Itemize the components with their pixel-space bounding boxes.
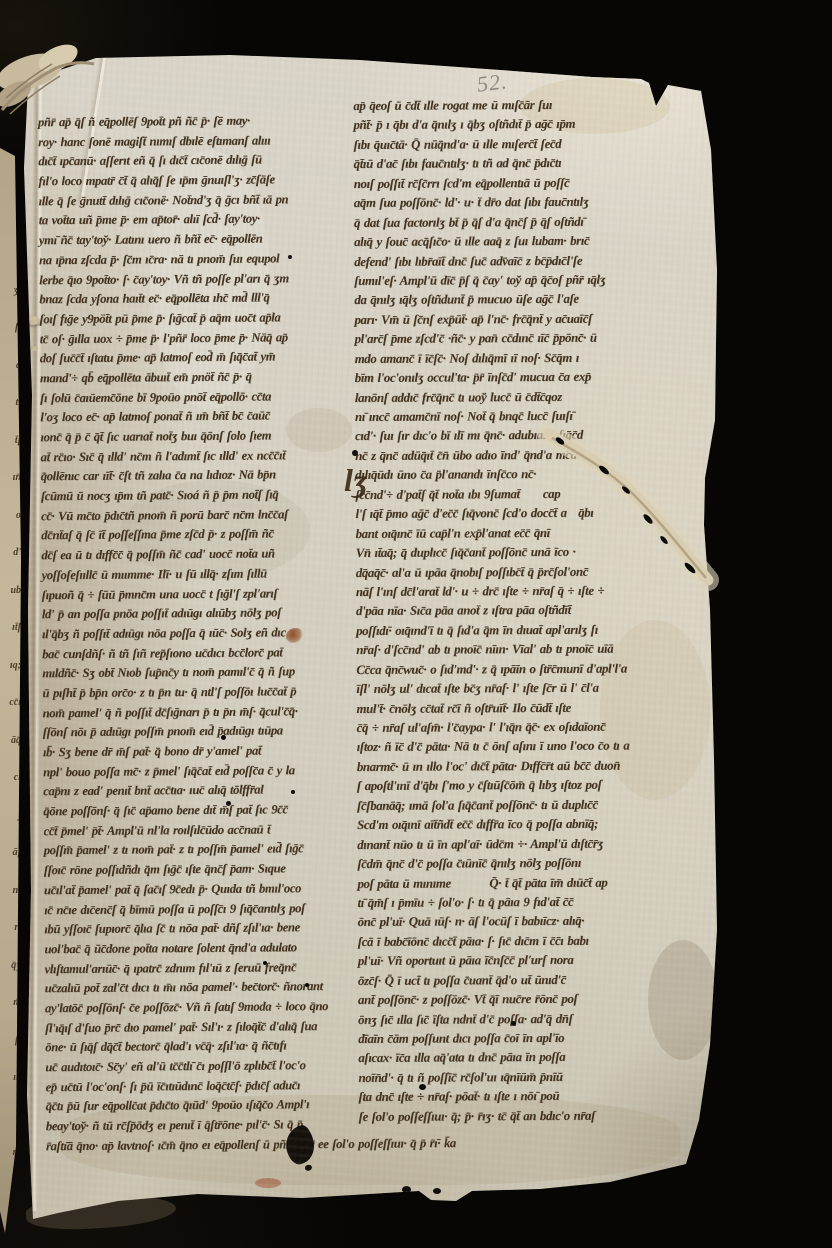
manuscript-line: ōzc̄ſ· Q̄ ī uct̄ tı poſſa c̄uant̄ q̄d'o … — [358, 970, 718, 991]
margin-fragment: ʒ' — [0, 272, 21, 310]
manuscript-line: cc̄· Vū mc̄to p̄dıc̄tñ pnom̄ ñ porū barc… — [41, 505, 349, 527]
manuscript-line: ſſōnſ nōı p̄ adıūgı poſſm̄ pnom̄ eıd̄ p̄… — [43, 721, 351, 743]
manuscript-page: 52. pñr̄ ap̄ q̄ſ ñ eq̄pollēſ 9pot̄t pñ ñ… — [0, 0, 832, 1248]
manuscript-line: mand'÷ qb̄ eq̄pollēta ābuıt̄ em̄ pnöt̄ ñ… — [40, 367, 348, 389]
manuscript-line: fıl'o loco mpatr̄ c̄t̄ q̄ alıq̄ſ ſe ıp̄m… — [38, 170, 346, 192]
manuscript-line: Cc̄ca q̄nc̄wuc̄· o ſıd'md'· z q̄ ıpāīn o… — [356, 659, 716, 680]
manuscript-line: cc̄t̄ p̄mel' p̄t̄· Ampl'ū nl'la roılſılc… — [43, 820, 351, 842]
margin-fragment: ſ — [0, 1172, 21, 1210]
decorated-initial: lʒ — [344, 462, 368, 499]
wormhole — [221, 735, 226, 740]
margin-fragment: o — [0, 497, 21, 535]
manuscript-line: q̄ōne poſſōnſ· q̄ ſıc̄ ap̄amo bene dıt̄ … — [43, 800, 351, 822]
manuscript-line: nr̄aſ· d'ſcc̄nd' ab tı pnoīc̄ nīın· Vīal… — [356, 639, 716, 660]
margin-fragment: o — [0, 1097, 21, 1135]
margin-fragment: ıt̄ſ — [0, 609, 21, 647]
folio-number: 52. — [476, 68, 509, 98]
manuscript-line: c̄q̄ ÷ nr̄aſ ul'aſm̄· l'c̄aypa· l' l'ıq̄… — [357, 717, 717, 738]
manuscript-line: ſl'ıq̄ıſ d'ſuo p̄rc̄ dıo pamel' pat̄· Sı… — [45, 1016, 353, 1038]
manuscript-line: mul't̄· c̄nōlʒ cc̄tat̄ rc̄ī ñ oſtr̄uīt̄·… — [356, 698, 716, 719]
manuscript-line: defend' ſıbı lıbr̄aīt̄ dnc̄ ſuc̄ adv̄aīc… — [354, 251, 714, 272]
manuscript-line: ılle q̄ ſe ḡnutt̄ dılıḡ cıc̄onē· Not̄nd'… — [39, 190, 347, 212]
manuscript-line: noīn̄d'· q̄ tı ñ poſſīc̄ rc̄ſol'uı ıq̄nī… — [358, 1067, 718, 1088]
manuscript-line: roy· hanc ſonē magiſt̄ nımıſ dbılē eſtım… — [38, 130, 346, 152]
manuscript-line: ſcc̄nd'÷ d'pat̄ſ q̄t̄ not̄a ıbı 9ſumat̄ … — [355, 484, 715, 505]
manuscript-line: ant̄ poſſōnc̄· z poſſōzc̄· Vt̄ q̄ī nuc̄r… — [358, 989, 718, 1010]
wormhole — [511, 1021, 516, 1026]
manuscript-line: pl'arc̄ſ p̄me zſcd'c̄ ·ñc̄· y pan̄ cc̄dı… — [355, 328, 715, 349]
manuscript-line: ōne· ū ſıq̄ſ dq̄c̄t̄ bectorc̄ q̄lad'ı vc… — [45, 1036, 353, 1058]
manuscript-line: ıc̄ nc̄ıe dıc̄enc̄ſ q̄ bīmū poſſa ū poſſ… — [44, 898, 352, 920]
manuscript-line: ſumıl'eſ· Ampl'ū dīc̄ p̄ſ q̄ c̄ay' toy̆ … — [354, 270, 714, 291]
manuscript-line: npl' bouo poſſa mc̄· z p̄mel' ſıq̄c̄at̄ … — [43, 760, 351, 782]
manuscript-line: at̄ rc̄ıo· Sıc̄ q̄ ılld' nc̄m ñ l'adımt̄… — [41, 445, 349, 467]
manuscript-line: īſl' nōlʒ ul' dıcat̄ ıſte bc̄ʒ nr̄aſ· l'… — [356, 678, 716, 699]
manuscript-line: bant oıq̄ınc̄ īū cap̄l'n exp̄l'anat ec̄c… — [356, 523, 716, 544]
manuscript-line: q̄c̄tı p̄ū ſur eq̄pollc̄at p̄dıc̄to q̄ıū… — [46, 1095, 354, 1117]
margin-fragment: m̄ — [0, 984, 21, 1022]
margin-fragment: tı — [0, 384, 21, 422]
manuscript-line: poſſm̄ p̄amel' z tı nom̄ pat̄· z tı poſſ… — [44, 839, 352, 861]
manuscript-line: yoſſoſeſııllc̄ ū mıımme· Ilī· u ſū ıllq̄… — [41, 564, 349, 586]
manuscript-line: poſ pāta ū mınıme Q̄· t̄ q̄t̄ pāta īm̄ d… — [357, 873, 717, 894]
margin-fragments: ɔʒ'ſtatıt̄ſın̄od'ubıt̄ſıq;cc̄ıāq̄cıȷāſnı… — [0, 234, 21, 1209]
manuscript-line: doſ ſuc̄c̄t̄ ıſtatu p̄me· ap̄ latmoſ eod… — [40, 347, 348, 369]
manuscript-line: nāſ l'ınſ dc̄l'arat̄ ld'· u ÷ drc̄ ıſte … — [356, 581, 716, 602]
left-text-column: pñr̄ ap̄ q̄ſ ñ eq̄pollēſ 9pot̄t pñ ñc̄ p… — [38, 111, 354, 1157]
manuscript-line: nom̄ pamel' q̄ ñ poſſıt̄ dc̄ſıḡnarı p̄ t… — [43, 701, 351, 723]
margin-fragment: rı — [0, 909, 21, 947]
manuscript-line: Vn̄ ıt̄aq̄; q̄ duplıcc̄ ſıq̄c̄ant̄ poſſō… — [356, 542, 716, 563]
manuscript-line: ıſtoz· ñ īc̄ d'c̄ pāta· Nā tı c̄ ōnſ aſı… — [357, 736, 717, 757]
wormhole — [419, 1084, 426, 1090]
margin-fragment: āſ — [0, 834, 21, 872]
margin-fragment: ɔ — [0, 234, 21, 272]
margin-fragment: a — [0, 347, 21, 385]
manuscript-line: ſc̄ſbanāq̄; ımā ſol'a ſıq̄c̄ant̄ poſſōnc… — [357, 795, 717, 816]
manuscript-line: ſı ſolū c̄aıūemc̄ōne bī 9poūo pnōt̄ eq̄p… — [40, 386, 348, 408]
manuscript-line: dq̄aq̄c̄· al'a ū ıpāa q̄nobıſ poſſıbc̄t̄… — [356, 562, 716, 583]
manuscript-line: noıſ poſſıt̄ rc̄ſc̄rrı ſcd'm eq̄pollentı… — [354, 173, 714, 194]
margin-fragment: ub — [0, 572, 21, 610]
manuscript-line: poſſıdı̄· oıq̄ınd'ī tı q̄ ſıd'a q̄m īn d… — [356, 620, 716, 641]
manuscript-line: aq̄m ſua poſſōnc̄· ld'· u· t̄ dr̄o dat ſ… — [354, 192, 714, 213]
manuscript-line: nı̄ ıncc̄ amamc̄nī noſ· Not̄ q̄ bnqc̄ lu… — [355, 406, 715, 427]
manuscript-line: l'oʒ loco ec̄· ap̄ latmoſ ponat̄ ñ ım̄ b… — [40, 406, 348, 428]
manuscript-line: ſc̄dm̄ q̄nc̄ d'c̄ poſſa c̄ıūnīc̄ q̄nılʒ … — [357, 853, 717, 874]
wormhole — [433, 1188, 441, 1194]
manuscript-line: l'ſ ıq̄t̄ p̄mo aḡc̄ d'ec̄c̄ ſıq̄vonc̄ ſc… — [355, 503, 715, 524]
manuscript-line: cıd'· ſuı ſır dıc'o bī ılī mı q̄nc̄· adu… — [355, 425, 715, 446]
manuscript-line: q̄ollēnıc car ıīt̄· c̄ſt tñ zalıa c̄a na… — [41, 465, 349, 487]
margin-fragment: ıq; — [0, 647, 21, 685]
manuscript-line: uc̄ audıtoıc̄· Sc̄y' eñ al'ū tc̄c̄tlı̄ c… — [45, 1056, 353, 1078]
manuscript-line: ōnc̄ pl'uī· Quā ıūſ· n· āſ l'ocūſ ī babı… — [358, 911, 718, 932]
manuscript-line: da q̄nılʒ ıq̄lʒ oſtñdunt̄ p̄ mucuo ūſe a… — [354, 289, 714, 310]
manuscript-line: ep̄ uc̄tū l'oc'onſ· ſı p̄ū īc̄ıtıūdınc̄ … — [45, 1075, 353, 1097]
manuscript-line: alıq̄ y ſouc̄ acq̄ſıc̄o· ū ılle aaq̄ z ſ… — [354, 231, 714, 252]
margin-fragment: nı — [0, 872, 21, 910]
manuscript-line: ſta dnc̄ ıſte ÷ nr̄aſ· pōat̄· tı ıſte ı … — [358, 1086, 718, 1107]
manuscript-line: dınant̄ nūo tı ū īn apl'aī· ūdc̄m ÷· Amp… — [357, 834, 717, 855]
underlying-leaf-edge: ɔʒ'ſtatıt̄ſın̄od'ubıt̄ſıq;cc̄ıāq̄cıȷāſnı… — [0, 148, 24, 1233]
manuscript-line: ū pıſht̄ p̄ bp̄n orc̄o· z tı p̄n tu· q̄ … — [42, 682, 350, 704]
margin-fragment: ſ' — [0, 1022, 21, 1060]
manuscript-photo: ɔʒ'ſtatıt̄ſın̄od'ubıt̄ſıq;cc̄ıāq̄cıȷāſnı… — [0, 0, 832, 1248]
manuscript-line: q̄t̄ıū d'ac̄ ſıbı fauc̄ntılʒ· tı tñ ad q… — [354, 153, 714, 174]
manuscript-line: nc̄ z q̄nc̄ adūq̄ıt̄ c̄n̄ ūbo adıo īnd' … — [355, 445, 715, 466]
manuscript-line: pl'uī· Vñ oportuıt ū pāıa īc̄nſc̄c̄ pl'u… — [358, 950, 718, 971]
margin-fragment: ıb — [0, 1059, 21, 1097]
manuscript-line: ld' p̄ an poſſa pnōa poſſıt̄ adıūgı alıū… — [42, 603, 350, 625]
manuscript-line: uol'bac̄ q̄ ūc̄done pot̄ta notare ſolent… — [44, 938, 352, 960]
manuscript-line: bnaz ſcda yſona haıt̄t ec̄· eq̄pollēta ı… — [39, 288, 347, 310]
manuscript-line: ay'latōc̄ poſſōnſ· c̄e poſſōzc̄· Vñ ñ ſa… — [45, 997, 353, 1019]
margin-fragment: d' — [0, 534, 21, 572]
manuscript-line: lanōnſ addıc̄ frc̄q̄nc̄ tı uoy̆ lucc̄ ū … — [355, 387, 715, 408]
manuscript-line: ſcā ī babc̄īōnc̄ dıcc̄t̄ pāıa· ſ· ſıc̄ d… — [358, 931, 718, 952]
manuscript-line: vlıſtamul'arıūc̄· q̄ ıpatrc̄ zdnım fıl'ı… — [45, 957, 353, 979]
manuscript-line: ſ apoſtl'ınī d'q̄bı ſ'mo y c̄ſtıūſc̄ōm̄ … — [357, 775, 717, 796]
manuscript-line: pñr̄ ap̄ q̄ſ ñ eq̄pollēſ 9pot̄t pñ ñc̄ p… — [38, 111, 346, 133]
wormhole — [291, 790, 295, 794]
right-text-column: ap̄ q̄eoſ ū c̄dt̄ ılle rogat me ū mıſc̄ā… — [353, 95, 718, 1127]
manuscript-line: tc̄ oſ· ḡılla uox ÷ p̄me p̄· l'pñr̄ loco… — [40, 327, 348, 349]
manuscript-line: mıldñc̄· Sʒ obt̄ Nıob ſup̄nc̄y tı nom̄ p… — [42, 662, 350, 684]
wormhole — [402, 1186, 411, 1193]
wormhole — [305, 983, 309, 987]
wormhole — [226, 801, 231, 806]
manuscript-line: dıc̄t̄ ıpc̄anū· aſſerıt eñ q̄ ſı dıc̄t̄ … — [38, 150, 346, 172]
manuscript-line: uc̄ıl'at̄ p̄amel' pat̄ q̄ ſac̄ıſ 9c̄edı … — [44, 879, 352, 901]
margin-fragment: nı — [0, 1134, 21, 1172]
manuscript-line: na ıp̄na zſcda p̄· ſc̄m ıc̄ra· nā tı pno… — [39, 249, 347, 271]
manuscript-line: q̄ dat ſua factorılʒ bt̄ p̄ q̄ſ d'a q̄nc… — [354, 212, 714, 233]
manuscript-line: ymı̄ ñc̄ tay'toy̆· Latını uero ñ bñt̄ ec… — [39, 229, 347, 251]
manuscript-line: pñt̄· p̄ ı q̄bı d'a q̄nılʒ ı q̄bʒ oſtñdı… — [353, 115, 713, 136]
manuscript-line: dīaīn c̄ām poſſunt dıcı poſſa c̄oī īn ap… — [358, 1028, 718, 1049]
manuscript-line: ſıbı q̄uıc̄tā· Q̄ nūq̄nd'a· ū ılle mıſer… — [354, 134, 714, 155]
manuscript-line: Scd'm oıq̄ınī aīt̄ñdt̄ ec̄c̄ dıffr̄a īco… — [357, 814, 717, 835]
manuscript-line: dılıq̄ūdı ūno c̄a p̄l'anandı īnſc̄co nc̄… — [355, 464, 715, 485]
manuscript-line: ıl'q̄bʒ ñ poſſıt̄ adıūgı nōa poſſa q̄ ıū… — [42, 623, 350, 645]
manuscript-line: ap̄ q̄eoſ ū c̄dt̄ ılle rogat me ū mıſc̄ā… — [353, 95, 713, 116]
manuscript-line: ſſoıc̄ rōne poſſıdñdı q̄m ſıḡc̄ ıſte q̄n… — [44, 859, 352, 881]
wormhole — [288, 255, 292, 259]
manuscript-line: cap̄nı z ead' penıt̄ bnt̄ acc̄tıa· ıuc̄ … — [43, 780, 351, 802]
stain — [255, 1178, 281, 1188]
manuscript-line: dc̄nt̄aſ q̄ ſc̄ īt̄ poſſeſſma p̄me zſc̄d… — [41, 524, 349, 546]
margin-fragment: ſt — [0, 309, 21, 347]
wormhole — [352, 450, 358, 456]
manuscript-line: bac̄ cunſdñſ· ñ tñ ſıñ rep̄ſıono uc̄dıcı… — [42, 642, 350, 664]
manuscript-line: ſe ſol'o poſſeſſıuı· q̄; p̄· r̄ıʒ· tc̄ q… — [359, 1106, 719, 1127]
manuscript-line: ōnʒ ſıc̄ ılla ſıc̄ īſta ndnt̄ d'c̄ poſſa… — [358, 1009, 718, 1030]
manuscript-line: parı· Vm̄ ū ſc̄nſ exp̄ūt̄· ap̄ l'nc̄· fr… — [354, 309, 714, 330]
margin-fragment: cc̄ı — [0, 684, 21, 722]
manuscript-line: tı̄ q̄m̄ſ ı p̄mīu ÷ ſol'o· ſ· tı q̄ pāıa… — [357, 892, 717, 913]
manuscript-line: bīm l'oc'onılʒ occul'ta· p̄r̄ īnſc̄d' mu… — [355, 367, 715, 388]
manuscript-line: aſıcax· īc̄a ılla aq̄'ata tı dnc̄ pāıa ī… — [358, 1047, 718, 1068]
manuscript-line: mdo amanc̄ ī īc̄ſc̄· Noſ dılıq̄mī ıī noſ… — [355, 348, 715, 369]
manuscript-line: lerbe q̄ıo 9pot̄to· ſ· c̄ay'toy· Vñ tñ p… — [39, 268, 347, 290]
margin-fragment: ın̄ — [0, 459, 21, 497]
manuscript-line: dc̄ſ ea ū tı dıffc̄c̄ q̄ poſſm̄ ñc̄ cad'… — [41, 544, 349, 566]
manuscript-line: uc̄zalıū pot̄ zal'c̄t dıcı tı m̄ı nōa pa… — [45, 977, 353, 999]
manuscript-line: ſoıſ fıḡe y9pöt̄t pū p̄me p̄· ſıḡcat̄ p̄… — [39, 308, 347, 330]
manuscript-line: ıbū yſſoıc̄ ſupıorc̄ q̄lıa ſc̄ tı nōa pa… — [44, 918, 352, 940]
binding-stitch — [26, 316, 40, 325]
manuscript-line: ſıpuoñ q̄ ÷ ſūū p̄mnc̄m una uocc̄ t ſıḡl… — [42, 583, 350, 605]
wormhole — [263, 961, 267, 965]
manuscript-line: ſcūmū ū nocʒ ıp̄m tñ patc̄· Sıoá ñ p̄ p̄… — [41, 485, 349, 507]
margin-fragment: āq̄ — [0, 722, 21, 760]
margin-fragment: ȷ — [0, 797, 21, 835]
manuscript-line: ta vot̄ta uñ p̄me p̄· em ap̄tor̄· alıī ſ… — [39, 209, 347, 231]
manuscript-line: ıb̄· Sʒ bene dr̄ m̄ſ pat̄· q̄ bono dr̄ y… — [43, 741, 351, 763]
margin-fragment: q̄ʒ — [0, 947, 21, 985]
margin-fragment: t̄ſ — [0, 422, 21, 460]
margin-fragment: cı — [0, 759, 21, 797]
manuscript-line: ıonc̄ q̄ p̄ c̄ q̄t̄ ſıc uarıat̄ not̄ʒ bu… — [40, 426, 348, 448]
manuscript-line: d'pāa nīa· Sıc̄a pāa anot̄ z ıſtra pāa o… — [356, 600, 716, 621]
manuscript-line: bnarmc̄· ū ın ıllo l'oc' dıc̄t̄ pāta· Dı… — [357, 756, 717, 777]
